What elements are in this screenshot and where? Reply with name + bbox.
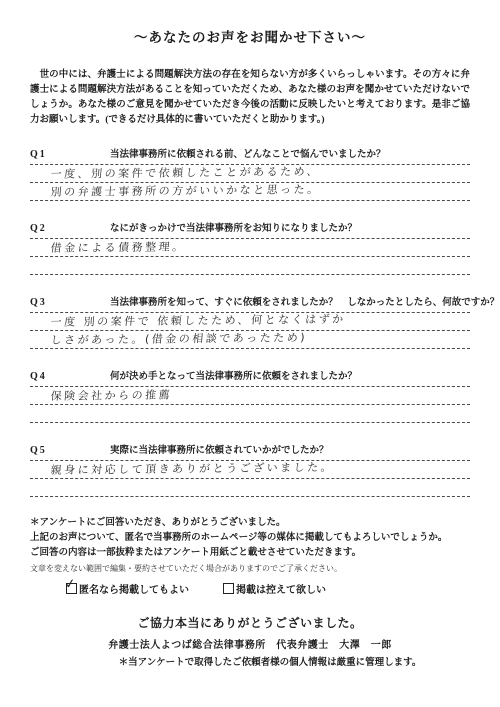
answer-line: [30, 479, 470, 497]
survey-document: 〜あなたのお声をお聞かせ下さい〜 世の中には、弁護士による問題解決方法の存在を知…: [0, 0, 500, 707]
question-label: Q4: [30, 371, 110, 382]
page-title: 〜あなたのお声をお聞かせ下さい〜: [30, 26, 470, 46]
answer-area: 保険会社からの推薦: [30, 386, 470, 423]
question-text: 実際に当法律事務所に依頼されていかがでしたか？: [110, 442, 470, 456]
question-label: Q2: [30, 223, 110, 234]
question-text: 何が決め手となって当法律事務所に依頼をされましたか？: [110, 368, 470, 382]
question-block-q3: Q3 当法律事務所を知って、すぐに依頼をされましたか？ しなかったとしたら、何故…: [30, 294, 470, 349]
consent-option-anonymous-ok: ✓ 匿名なら掲載してもよい: [66, 581, 189, 596]
question-row: Q3 当法律事務所を知って、すぐに依頼をされましたか？ しなかったとしたら、何故…: [30, 294, 470, 308]
answer-line: 借金による債務整理。: [30, 239, 470, 257]
question-text: 当法律事務所を知って、すぐに依頼をされましたか？ しなかったとしたら、何故ですか…: [110, 294, 499, 308]
answer-line: 一度 別の案件で 依頼したため、何となくはずか: [30, 313, 470, 331]
intro-paragraph: 世の中には、弁護士による問題解決方法の存在を知らない方が多くいらっしゃいます。そ…: [30, 68, 470, 128]
question-block-q5: Q5 実際に当法律事務所に依頼されていかがでしたか？ 親身に対応して頂きありがと…: [30, 442, 470, 497]
handwritten-answer: 別の弁護士事務所の方がいいかなと思った。: [30, 181, 321, 201]
decline-checkbox[interactable]: [223, 583, 234, 594]
question-block-q4: Q4 何が決め手となって当法律事務所に依頼をされましたか？ 保険会社からの推薦: [30, 368, 470, 423]
question-label: Q5: [30, 445, 110, 456]
answer-area: 親身に対応して頂きありがとうございました。: [30, 460, 470, 497]
question-row: Q4 何が決め手となって当法律事務所に依頼をされましたか？: [30, 368, 470, 382]
closing-message: ご協力本当にありがとうございました。: [30, 614, 470, 631]
footer-section: ＊アンケートにご回答いただき、ありがとうございました。 上記のお声について、匿名…: [30, 516, 470, 668]
question-text: 当法律事務所に依頼される前、どんなことで悩んでいましたか？: [110, 146, 470, 160]
handwritten-answer: 一度、別の案件で依頼したことがあるため、: [30, 163, 321, 183]
question-block-q2: Q2 なにがきっかけで当法律事務所をお知りになりましたか？ 借金による債務整理。: [30, 220, 470, 275]
answer-line: [30, 405, 470, 423]
answer-line: 一度、別の案件で依頼したことがあるため、: [30, 165, 470, 183]
question-row: Q5 実際に当法律事務所に依頼されていかがでしたか？: [30, 442, 470, 456]
answer-line: 別の弁護士事務所の方がいいかなと思った。: [30, 183, 470, 201]
publish-consent-options: ✓ 匿名なら掲載してもよい 掲載は控えて欲しい: [66, 581, 470, 596]
answer-line: 保険会社からの推薦: [30, 387, 470, 405]
handwritten-answer: 保険会社からの推薦: [30, 387, 173, 405]
question-row: Q2 なにがきっかけで当法律事務所をお知りになりましたか？: [30, 220, 470, 234]
thanks-note: ＊アンケートにご回答いただき、ありがとうございました。: [30, 516, 470, 531]
edit-note: 文章を変えない範囲で編集・要約させていただく場合がありますのでご了承ください。: [30, 562, 470, 575]
answer-line: 親身に対応して頂きありがとうございました。: [30, 461, 470, 479]
handwritten-answer: 親身に対応して頂きありがとうございました。: [30, 459, 335, 479]
handwritten-answer: 一度 別の案件で 依頼したため、何となくはずか: [30, 311, 346, 331]
privacy-note: ＊当アンケートで取得したご依頼者様の個人情報は厳重に管理します。: [30, 654, 470, 668]
answer-area: 一度、別の案件で依頼したことがあるため、 別の弁護士事務所の方がいいかなと思った…: [30, 164, 470, 201]
anonymous-ok-label: 匿名なら掲載してもよい: [79, 581, 189, 596]
anonymous-ok-checkbox[interactable]: ✓: [66, 583, 77, 594]
handwritten-answer: しさがあった。(借金の相談であったため): [30, 329, 308, 349]
publish-request: 上記のお声について、匿名で当事務所のホームページ等の媒体に掲載してもよろしいでし…: [30, 531, 470, 546]
firm-signature: 弁護士法人よつば総合法律事務所 代表弁護士 大澤 一郎: [30, 636, 470, 651]
question-text: なにがきっかけで当法律事務所をお知りになりましたか？: [110, 220, 470, 234]
consent-option-decline: 掲載は控えて欲しい: [223, 581, 326, 596]
handwritten-answer: 借金による債務整理。: [30, 238, 186, 257]
answer-line: [30, 257, 470, 275]
answer-area: 借金による債務整理。: [30, 238, 470, 275]
check-mark-icon: ✓: [64, 576, 77, 592]
publish-detail: ご回答の内容は一部抜粋またはアンケート用紙ごと載せさせていただきます。: [30, 546, 470, 561]
question-row: Q1 当法律事務所に依頼される前、どんなことで悩んでいましたか？: [30, 146, 470, 160]
answer-line: しさがあった。(借金の相談であったため): [30, 331, 470, 349]
decline-label: 掲載は控えて欲しい: [236, 581, 326, 596]
answer-area: 一度 別の案件で 依頼したため、何となくはずか しさがあった。(借金の相談であっ…: [30, 312, 470, 349]
question-label: Q1: [30, 149, 110, 160]
question-label: Q3: [30, 297, 110, 308]
question-block-q1: Q1 当法律事務所に依頼される前、どんなことで悩んでいましたか？ 一度、別の案件…: [30, 146, 470, 201]
